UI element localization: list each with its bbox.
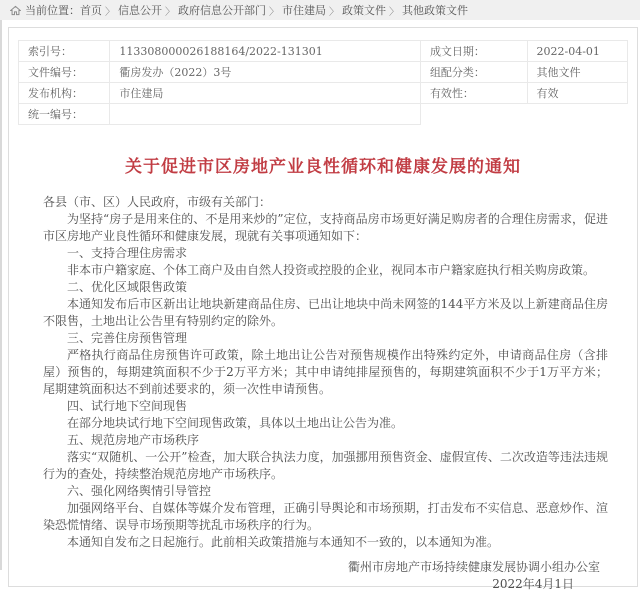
publisher-label: 发布机构： [19,83,110,104]
validity-label: 有效性： [420,83,527,104]
index-number-label: 索引号： [19,41,110,62]
home-icon[interactable] [10,5,21,16]
empty-cell [420,104,527,125]
breadcrumb-separator: 〉 [165,3,175,18]
paragraph: 在部分地块试行地下空间现售政策，具体以土地出让公告为准。 [43,415,608,432]
breadcrumb-bar: 当前位置： 首页 〉 信息公开 〉 政府信息公开部门 〉 市住建局 〉 政策文件… [0,0,640,20]
empty-cell [527,104,628,125]
file-number-value: 衢房发办（2022）3号 [110,62,421,83]
file-number-label: 文件编号： [19,62,110,83]
paragraph: 为坚持“房子是用来住的、不是用来炒的”定位，支持商品房市场更好满足购房者的合理住… [43,211,608,245]
metadata-table: 索引号： 113308000026188164/2022-131301 成文日期… [18,40,628,125]
issue-date-label: 成文日期： [420,41,527,62]
breadcrumb-prefix: 当前位置： [25,2,80,18]
section-heading-6: 六、强化网络舆情引导管控 [43,483,608,500]
breadcrumb-separator: 〉 [389,3,399,18]
index-number-value: 113308000026188164/2022-131301 [110,41,421,62]
category-value: 其他文件 [527,62,628,83]
table-row: 统一编号： [19,104,628,125]
breadcrumb-item-gov-info-dept[interactable]: 政府信息公开部门 [178,2,266,18]
table-row: 文件编号： 衢房发办（2022）3号 组配分类： 其他文件 [19,62,628,83]
section-heading-3: 三、完善住房预售管理 [43,330,608,347]
page-title: 关于促进市区房地产业良性循环和健康发展的通知 [18,152,628,177]
section-heading-4: 四、试行地下空间现售 [43,398,608,415]
category-label: 组配分类： [420,62,527,83]
section-heading-5: 五、规范房地产市场秩序 [43,432,608,449]
paragraph: 本通知发布后市区新出让地块新建商品住房、已出让地块中尚未网签的144平方米及以上… [43,296,608,330]
document-panel: 索引号： 113308000026188164/2022-131301 成文日期… [8,27,638,570]
paragraph: 加强网络平台、自媒体等媒介发布管理，正确引导舆论和市场预期，打击发布不实信息、恶… [43,500,608,534]
issue-date-value: 2022-04-01 [527,41,628,62]
section-heading-2: 二、优化区域限售政策 [43,279,608,296]
breadcrumb-separator: 〉 [329,3,339,18]
page-left-edge [0,20,2,570]
breadcrumb-separator: 〉 [105,3,115,18]
section-heading-1: 一、支持合理住房需求 [43,245,608,262]
breadcrumb-item-housing-bureau[interactable]: 市住建局 [282,2,326,18]
paragraph: 严格执行商品住房预售许可政策，除土地出让公告对预售规模作出特殊约定外，申请商品住… [43,347,608,398]
publisher-value: 市住建局 [110,83,421,104]
paragraph: 非本市户籍家庭、个体工商户及由自然人投资或控股的企业，视同本市户籍家庭执行相关购… [43,262,608,279]
signature-org: 衢州市房地产市场持续健康发展协调小组办公室 [18,559,600,570]
validity-value: 有效 [527,83,628,104]
unified-number-value [110,104,421,125]
breadcrumb-item-policy-docs[interactable]: 政策文件 [342,2,386,18]
breadcrumb-separator: 〉 [269,3,279,18]
paragraph: 本通知自发布之日起施行。此前相关政策措施与本通知不一致的，以本通知为准。 [43,534,608,551]
table-row: 发布机构： 市住建局 有效性： 有效 [19,83,628,104]
salutation: 各县（市、区）人民政府，市级有关部门： [43,194,608,211]
document-body: 各县（市、区）人民政府，市级有关部门： 为坚持“房子是用来住的、不是用来炒的”定… [18,194,628,551]
signature-block: 衢州市房地产市场持续健康发展协调小组办公室 2022年4月1日 [18,559,628,570]
paragraph: 落实“双随机、一公开”检查，加大联合执法力度，加强挪用预售资金、虚假宣传、二次改… [43,449,608,483]
table-row: 索引号： 113308000026188164/2022-131301 成文日期… [19,41,628,62]
unified-number-label: 统一编号： [19,104,110,125]
breadcrumb-item-other-policy-docs[interactable]: 其他政策文件 [402,2,468,18]
breadcrumb-item-info-disclosure[interactable]: 信息公开 [118,2,162,18]
breadcrumb-item-home[interactable]: 首页 [80,2,102,18]
document-content: 关于促进市区房地产业良性循环和健康发展的通知 各县（市、区）人民政府，市级有关部… [18,152,628,570]
